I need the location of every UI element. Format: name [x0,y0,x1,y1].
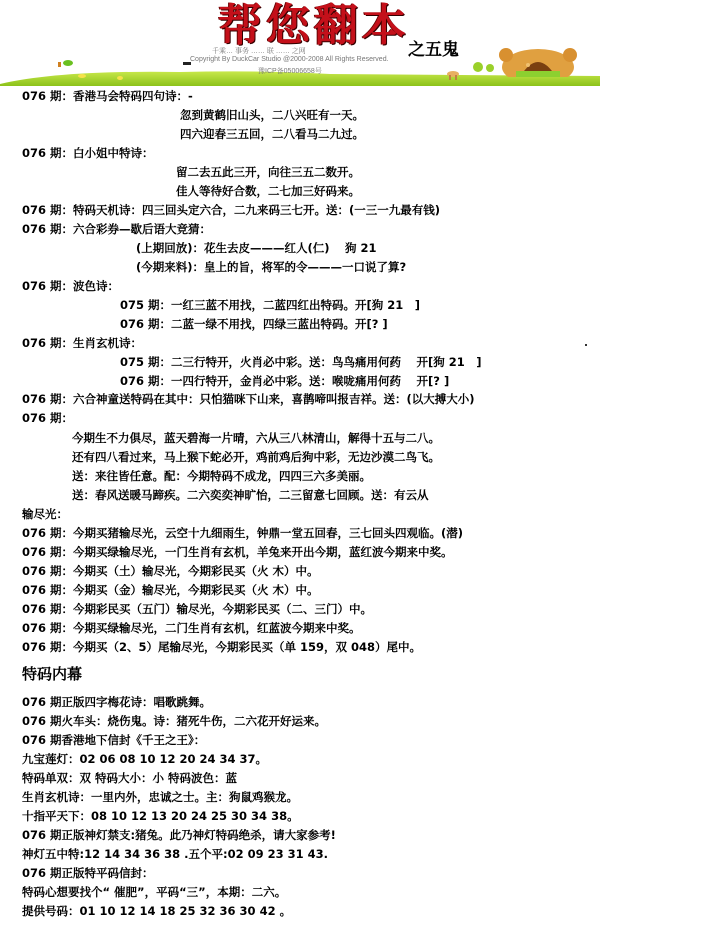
text-line: 075 期：二三行特开，火肖必中彩。送：鸟鸟痛用何药 开[狗 21 ] [120,354,482,370]
small-mushroom-icon [446,70,460,80]
mushroom-icon [56,58,74,68]
text-line: (上期回放)：花生去皮———红人(仁) 狗 21 [136,240,377,256]
text-line: 076 期香港地下信封《千王之王》： [22,732,205,748]
text-line: 送：来往皆任意。配：今期特码不成龙，四四三六多美丽。 [72,468,371,484]
text-line: 076 期正版神灯禁支:猪兔。此乃神灯特码绝杀，请大家参考! [22,827,336,843]
text-line: 075 期：一红三蓝不用找，二蓝四红出特码。开[狗 21 ] [120,297,420,313]
text-line: 076 期：白小姐中特诗： [22,145,154,161]
text-line: 佳人等待好合数，二七加三好码来。 [176,183,360,199]
text-line: 076 期：波色诗： [22,278,119,294]
text-line: 忽到黄鹤旧山头，二八兴旺有一天。 [180,107,364,123]
text-line: 076 期：六合神童送特码在其中：只怕猫咪下山来，喜鹊啼叫报吉祥。送：(以大搏大… [22,391,475,407]
text-line: 076 期：生肖玄机诗： [22,335,142,351]
text-line: 076 期：今期买（土）输尽光，今期彩民买（火 木）中。 [22,563,319,579]
text-line: (今期来料)：皇上的旨，将军的令———一口说了算? [136,259,406,275]
header-banner: 千乘… 事务 …… 联 …… 之网 Copyright By DuckCar S… [0,0,720,88]
text-line: 留二去五此三开，向往三五二数开。 [176,164,360,180]
site-subtitle: 之五鬼 [408,40,459,60]
text-line: 今期生不力俱尽，蓝天碧海一片晴，六从三八林清山，解得十五与二八。 [72,430,440,446]
text-line: 076 期正版四字梅花诗：唱歌跳舞。 [22,694,211,710]
section-title-tema-neimu: 特码内幕 [22,664,82,684]
text-line: 十指平天下：08 10 12 13 20 24 25 30 34 38。 [22,808,299,824]
site-title: 帮您翻本 [218,0,410,52]
banner-copyright-text: Copyright By DuckCar Studio @2000-2008 A… [190,56,389,63]
text-line: 076 期：特码天机诗：四三回头定六合，二九来码三七开。送：(一三一九最有钱) [22,202,440,218]
bear-house-icon [498,45,578,77]
text-line: 076 期火车头：烧伤鬼。诗：猪死牛伤，二六花开好运来。 [22,713,326,729]
text-line: 076 期正版特平码信封： [22,865,154,881]
text-line: 提供号码：01 10 12 14 18 25 32 36 30 42 。 [22,903,291,919]
text-line: 076 期：今期买（2、5）尾输尽光，今期彩民买（单 159，双 048）尾中。 [22,639,421,655]
stray-dot [585,344,587,346]
text-line: 076 期：香港马会特码四句诗：- [22,88,193,104]
text-line: 076 期： [22,410,73,426]
text-line: 076 期：今期买猪输尽光，云空十九细雨生，钟鼎一堂五回春，三七回头四观临。(潜… [22,525,463,541]
text-line: 生肖玄机诗：一里内外，忠诚之士。主：狗鼠鸡猴龙。 [22,789,298,805]
banner-underline-decoration [183,62,191,65]
text-line: 特码心想要找个“ 催肥”，平码“三”，本期：二六。 [22,884,286,900]
text-line: 神灯五中特:12 14 34 36 38 .五个平:02 09 23 31 43… [22,846,328,862]
text-line: 076 期：二蓝一绿不用找，四绿三蓝出特码。开[? ] [120,316,388,332]
text-line: 076 期：今期买（金）输尽光，今期彩民买（火 木）中。 [22,582,319,598]
tree-icon [470,62,500,74]
text-line: 076 期：今期买绿输尽光，一门生肖有玄机，羊兔来开出今期，蓝红波今期来中奖。 [22,544,453,560]
text-line: 076 期：今期买绿输尽光，二门生肖有玄机，红蓝波今期来中奖。 [22,620,361,636]
text-line: 四六迎春三五回，二八看马二九过。 [180,126,364,142]
text-line: 076 期：今期彩民买（五门）输尽光，今期彩民买（二、三门）中。 [22,601,372,617]
banner-icp-text: 豫ICP备05006658号 [258,66,322,76]
text-line: 九宝莲灯：02 06 08 10 12 20 24 34 37。 [22,751,267,767]
text-line: 076 期：一四行特开，金肖必中彩。送：喉咙痛用何药 开[? ] [120,373,449,389]
text-line: 076 期：六合彩券—歇后语大竞猜： [22,221,211,237]
text-line: 还有四八看过来，马上猴下蛇必开，鸡前鸡后狗中彩，无边沙漠二鸟飞。 [72,449,440,465]
text-line: 送：春风送暖马蹄疾。二六奕奕神旷怡，二三留意七回顾。送：有云从 [72,487,429,503]
text-line: 输尽光： [22,506,68,522]
text-line: 特码单双：双 特码大小：小 特码波色：蓝 [22,770,237,786]
